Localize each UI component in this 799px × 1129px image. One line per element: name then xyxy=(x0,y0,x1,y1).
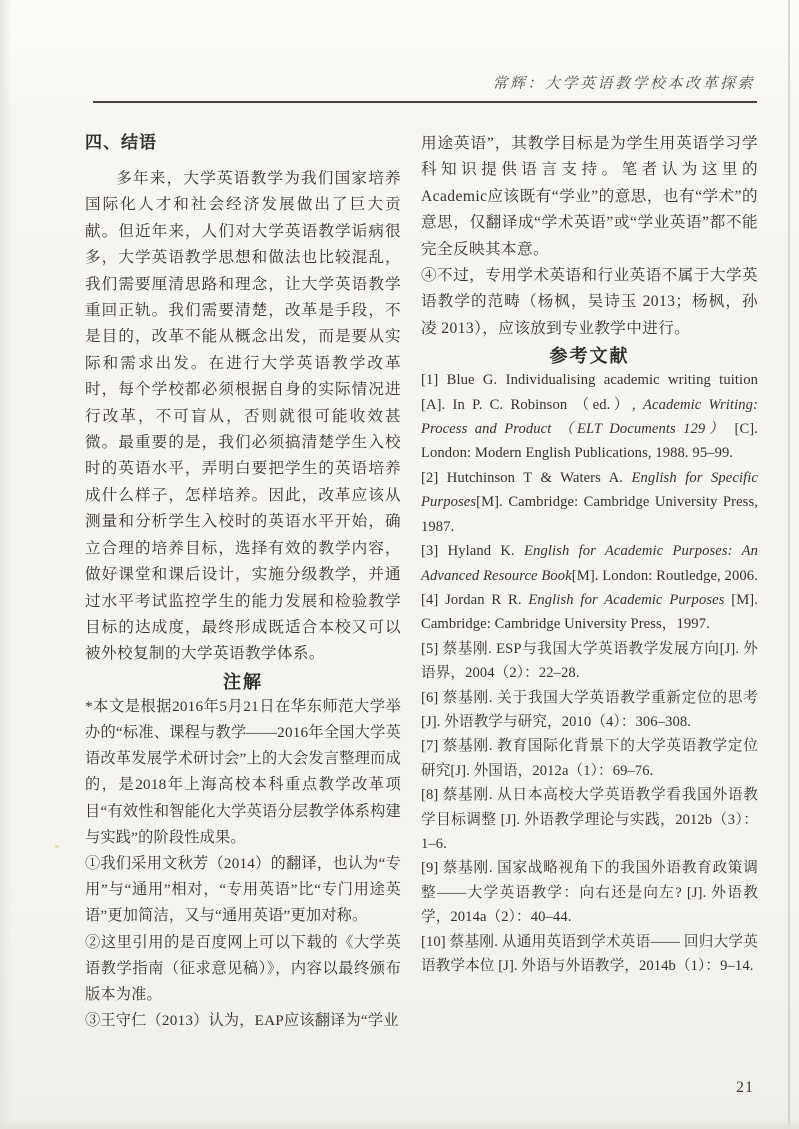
reference-item: [7] 蔡基刚. 教育国际化背景下的大学英语教学定位研究[J]. 外国语，201… xyxy=(421,734,758,783)
reference-text: [5] 蔡基刚. ESP与我国大学英语教学发展方向[J]. 外语界，2004（2… xyxy=(421,641,758,681)
reference-item: [6] 蔡基刚. 关于我国大学英语教学重新定位的思考[J]. 外语教学与研究，2… xyxy=(421,686,758,735)
scanned-paper-page: 常辉：大学英语教学校本改革探索 四、结语 多年来，大学英语教学为我们国家培养国际… xyxy=(0,0,799,1129)
left-column: 四、结语 多年来，大学英语教学为我们国家培养国际化人才和社会经济发展做出了巨大贡… xyxy=(85,128,401,1034)
page-number: 21 xyxy=(736,1079,754,1097)
running-header: 常辉：大学英语教学校本改革探索 xyxy=(492,72,755,93)
reference-text: [4] Jordan R R. xyxy=(421,592,528,608)
reference-text: [7] 蔡基刚. 教育国际化背景下的大学英语教学定位研究[J]. 外国语，201… xyxy=(421,738,758,778)
scan-left-shadow xyxy=(0,0,12,1129)
reference-item: [1] Blue G. Individualising academic wri… xyxy=(421,368,758,466)
references-list: [1] Blue G. Individualising academic wri… xyxy=(421,368,758,978)
scan-speck xyxy=(55,845,59,848)
conclusion-paragraph: 多年来，大学英语教学为我们国家培养国际化人才和社会经济发展做出了巨大贡献。但近年… xyxy=(85,166,401,668)
reference-text: [9] 蔡基刚. 国家战略视角下的我国外语教育政策调整——大学英语教学：向右还是… xyxy=(421,860,758,925)
reference-item: [2] Hutchinson T & Waters A. English for… xyxy=(421,466,758,539)
reference-text: [8] 蔡基刚. 从日本高校大学英语教学看我国外语教学目标调整 [J]. 外语教… xyxy=(421,787,758,852)
footnote: ①我们采用文秋芳（2014）的翻译，也认为“专用”与“通用”相对，“专用英语”比… xyxy=(85,851,401,930)
reference-text: [6] 蔡基刚. 关于我国大学英语教学重新定位的思考[J]. 外语教学与研究，2… xyxy=(421,690,758,730)
footnote-3-continuation: 用途英语”，其教学目标是为学生用英语学习学科知识提供语言支持。笔者认为这里的Ac… xyxy=(421,131,758,263)
reference-item: [3] Hyland K. English for Academic Purpo… xyxy=(421,539,758,588)
footnote: ③王守仁（2013）认为，EAP应该翻译为“学业 xyxy=(85,1008,401,1034)
references-heading: 参考文献 xyxy=(421,342,758,368)
reference-text: [2] Hutchinson T & Waters A. xyxy=(421,470,631,486)
reference-item: [9] 蔡基刚. 国家战略视角下的我国外语教育政策调整——大学英语教学：向右还是… xyxy=(421,856,758,929)
reference-text: [3] Hyland K. xyxy=(421,543,524,559)
scan-bottom-shadow xyxy=(0,1119,799,1129)
reference-title-italic: English for Academic Purposes xyxy=(528,592,724,608)
reference-item: [4] Jordan R R. English for Academic Pur… xyxy=(421,588,758,637)
notes-heading: 注解 xyxy=(85,668,401,694)
notes-list: *本文是根据2016年5月21日在华东师范大学举办的“标准、课程与教学——201… xyxy=(85,694,401,1035)
scan-right-edge-line xyxy=(788,0,790,1129)
section-heading-conclusion: 四、结语 xyxy=(85,128,401,153)
reference-text: [M]. London: Routledge, 2006. xyxy=(572,568,758,584)
reference-text: [10] 蔡基刚. 从通用英语到学术英语—— 回归大学英语教学本位 [J]. 外… xyxy=(421,934,758,974)
reference-item: [8] 蔡基刚. 从日本高校大学英语教学看我国外语教学目标调整 [J]. 外语教… xyxy=(421,783,758,856)
header-rule xyxy=(93,101,757,103)
footnote: *本文是根据2016年5月21日在华东师范大学举办的“标准、课程与教学——201… xyxy=(85,694,401,851)
right-column: 用途英语”，其教学目标是为学生用英语学习学科知识提供语言支持。笔者认为这里的Ac… xyxy=(421,131,758,978)
reference-item: [5] 蔡基刚. ESP与我国大学英语教学发展方向[J]. 外语界，2004（2… xyxy=(421,637,758,686)
footnote: ②这里引用的是百度网上可以下载的《大学英语教学指南（征求意见稿）》，内容以最终颁… xyxy=(85,930,401,1009)
footnote-4: ④不过，专用学术英语和行业英语不属于大学英语教学的范畴（杨枫，吴诗玉 2013；… xyxy=(421,263,758,342)
reference-item: [10] 蔡基刚. 从通用英语到学术英语—— 回归大学英语教学本位 [J]. 外… xyxy=(421,930,758,979)
